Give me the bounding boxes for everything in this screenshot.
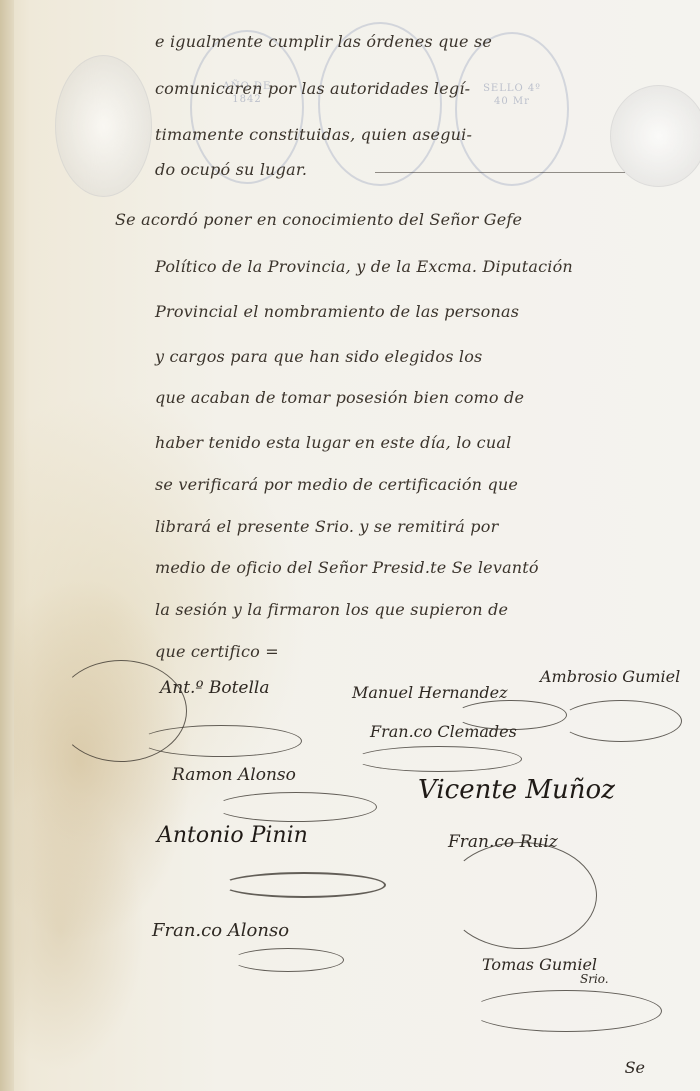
signature-hernandez: Manuel Hernandez xyxy=(352,683,508,702)
body-line: e igualmente cumplir las órdenes que se xyxy=(155,32,675,51)
paragraph-line: haber tenido esta lugar en este día, lo … xyxy=(155,433,675,452)
signature-gumiel-ambrosio: Ambrosio Gumiel xyxy=(540,667,680,686)
flourish-ramon-alonso xyxy=(215,792,377,822)
signature-antonio-pinin: Antonio Pinin xyxy=(157,823,308,848)
signature-clemades: Fran.co Clemades xyxy=(370,722,517,741)
page-binding-edge xyxy=(0,0,14,1091)
flourish-botella-2 xyxy=(140,725,302,757)
signature-ramon-alonso: Ramon Alonso xyxy=(172,765,296,785)
paragraph-line: la sesión y la firmaron los que supieron… xyxy=(155,600,675,619)
flourish-antonio-pinin xyxy=(222,872,386,898)
secretary-title: Srio. xyxy=(580,972,609,986)
paragraph-line: que certifico = xyxy=(155,642,675,661)
paragraph-line: librará el presente Srio. y se remitirá … xyxy=(155,517,675,536)
paragraph-line: que acaban de tomar posesión bien como d… xyxy=(155,388,675,407)
paragraph-line: se verificará por medio de certificación… xyxy=(155,475,675,494)
flourish-francisco-alonso xyxy=(232,948,344,972)
flourish-ruiz xyxy=(445,842,597,949)
flourish-tomas-gumiel xyxy=(470,990,662,1032)
signature-francisco-alonso: Fran.co Alonso xyxy=(152,920,289,941)
flourish-ambrosio xyxy=(560,700,682,742)
paragraph-line: medio de oficio del Señor Presid.te Se l… xyxy=(155,558,675,577)
signature-vicente-munoz: Vicente Muñoz xyxy=(418,775,615,805)
catchword: Se xyxy=(625,1058,645,1077)
paragraph-line: Político de la Provincia, y de la Excma.… xyxy=(155,257,675,276)
paragraph-line: Se acordó poner en conocimiento del Seño… xyxy=(115,210,635,229)
paragraph-line: y cargos para que han sido elegidos los xyxy=(155,347,675,366)
body-line: comunicaren por las autoridades legí- xyxy=(155,79,675,98)
paragraph-line: Provincial el nombramiento de las person… xyxy=(155,302,675,321)
emboss-seal xyxy=(55,55,152,197)
body-line: do ocupó su lugar. xyxy=(155,160,675,179)
line-filler-rule xyxy=(375,172,625,173)
flourish-clemades xyxy=(355,746,522,772)
manuscript-page: AÑO DE 1842 SELLO 4º 40 Mr e igualmente … xyxy=(0,0,700,1091)
body-line: timamente constituidas, quien asegui- xyxy=(155,125,675,144)
